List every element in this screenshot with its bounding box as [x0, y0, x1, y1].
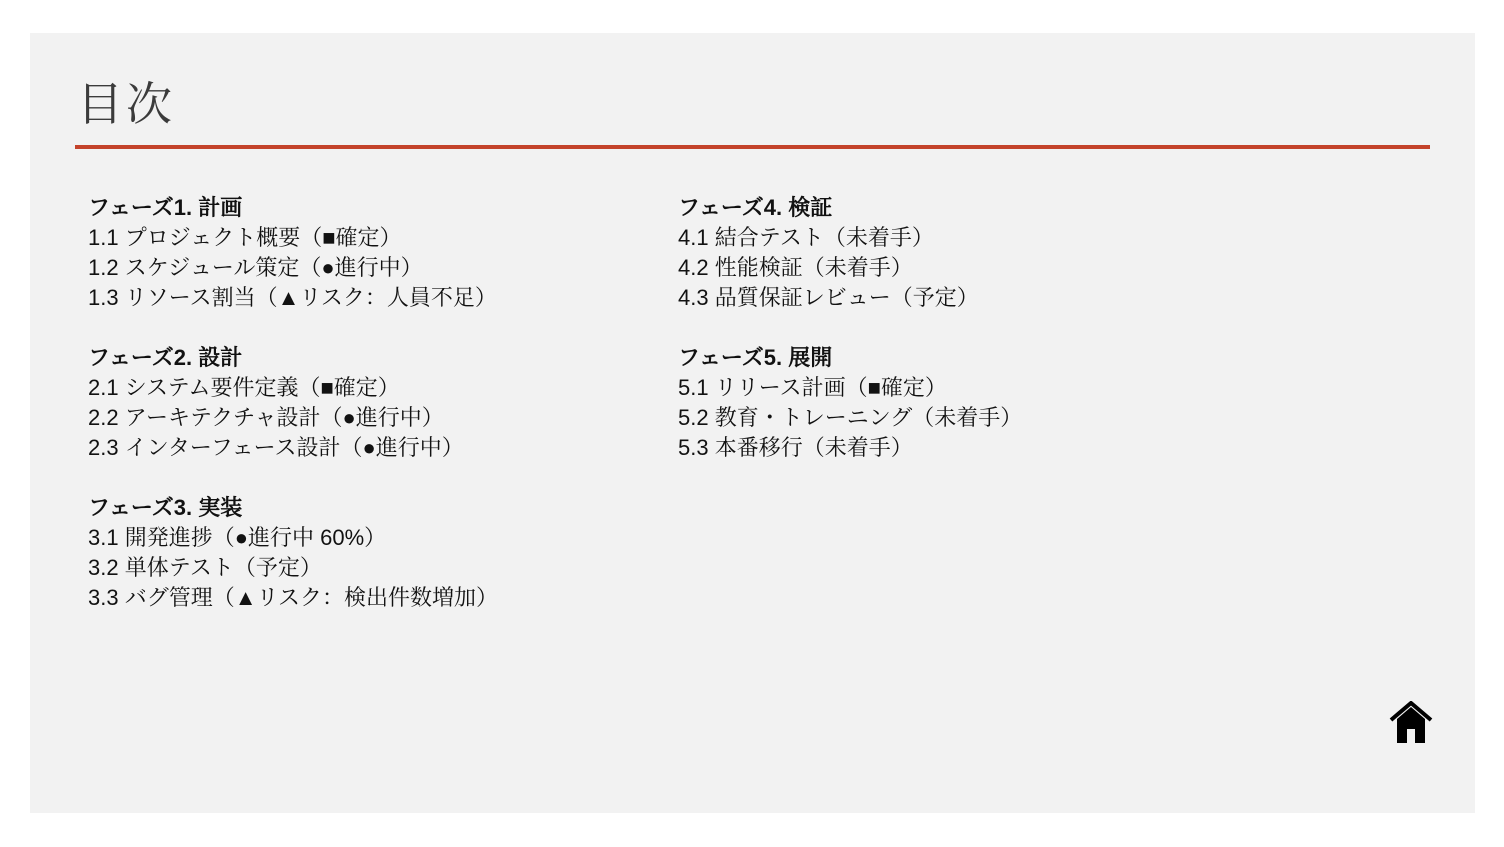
toc-column-right: フェーズ4. 検証 4.1 結合テスト（未着手） 4.2 性能検証（未着手） 4…: [678, 193, 1268, 643]
phase-group-5: フェーズ5. 展開 5.1 リリース計画（■確定） 5.2 教育・トレーニング（…: [678, 343, 1268, 463]
home-icon: [1389, 701, 1433, 745]
phase-heading: フェーズ1. 計画: [88, 193, 678, 223]
toc-item: 3.1 開発進捗（●進行中 60%）: [88, 523, 678, 553]
toc-item: 2.2 アーキテクチャ設計（●進行中）: [88, 403, 678, 433]
toc-item: 4.2 性能検証（未着手）: [678, 253, 1268, 283]
toc-item: 1.1 プロジェクト概要（■確定）: [88, 223, 678, 253]
phase-group-2: フェーズ2. 設計 2.1 システム要件定義（■確定） 2.2 アーキテクチャ設…: [88, 343, 678, 463]
slide-title: 目次: [77, 77, 175, 131]
toc-column-left: フェーズ1. 計画 1.1 プロジェクト概要（■確定） 1.2 スケジュール策定…: [88, 193, 678, 643]
home-button[interactable]: [1388, 700, 1434, 746]
toc-item: 3.3 バグ管理（▲リスク：検出件数増加）: [88, 583, 678, 613]
title-divider: [75, 145, 1430, 149]
toc-item: 4.3 品質保証レビュー（予定）: [678, 283, 1268, 313]
slide-canvas: 目次 フェーズ1. 計画 1.1 プロジェクト概要（■確定） 1.2 スケジュー…: [30, 33, 1475, 813]
toc-columns: フェーズ1. 計画 1.1 プロジェクト概要（■確定） 1.2 スケジュール策定…: [88, 193, 1268, 643]
toc-item: 4.1 結合テスト（未着手）: [678, 223, 1268, 253]
toc-item: 1.3 リソース割当（▲リスク：人員不足）: [88, 283, 678, 313]
toc-item: 2.1 システム要件定義（■確定）: [88, 373, 678, 403]
phase-group-3: フェーズ3. 実装 3.1 開発進捗（●進行中 60%） 3.2 単体テスト（予…: [88, 493, 678, 613]
toc-item: 5.2 教育・トレーニング（未着手）: [678, 403, 1268, 433]
phase-heading: フェーズ5. 展開: [678, 343, 1268, 373]
page-background: 目次 フェーズ1. 計画 1.1 プロジェクト概要（■確定） 1.2 スケジュー…: [0, 0, 1504, 847]
toc-item: 1.2 スケジュール策定（●進行中）: [88, 253, 678, 283]
toc-item: 5.3 本番移行（未着手）: [678, 433, 1268, 463]
phase-heading: フェーズ3. 実装: [88, 493, 678, 523]
toc-item: 3.2 単体テスト（予定）: [88, 553, 678, 583]
phase-group-1: フェーズ1. 計画 1.1 プロジェクト概要（■確定） 1.2 スケジュール策定…: [88, 193, 678, 313]
phase-heading: フェーズ4. 検証: [678, 193, 1268, 223]
phase-group-4: フェーズ4. 検証 4.1 結合テスト（未着手） 4.2 性能検証（未着手） 4…: [678, 193, 1268, 313]
toc-item: 2.3 インターフェース設計（●進行中）: [88, 433, 678, 463]
toc-item: 5.1 リリース計画（■確定）: [678, 373, 1268, 403]
phase-heading: フェーズ2. 設計: [88, 343, 678, 373]
